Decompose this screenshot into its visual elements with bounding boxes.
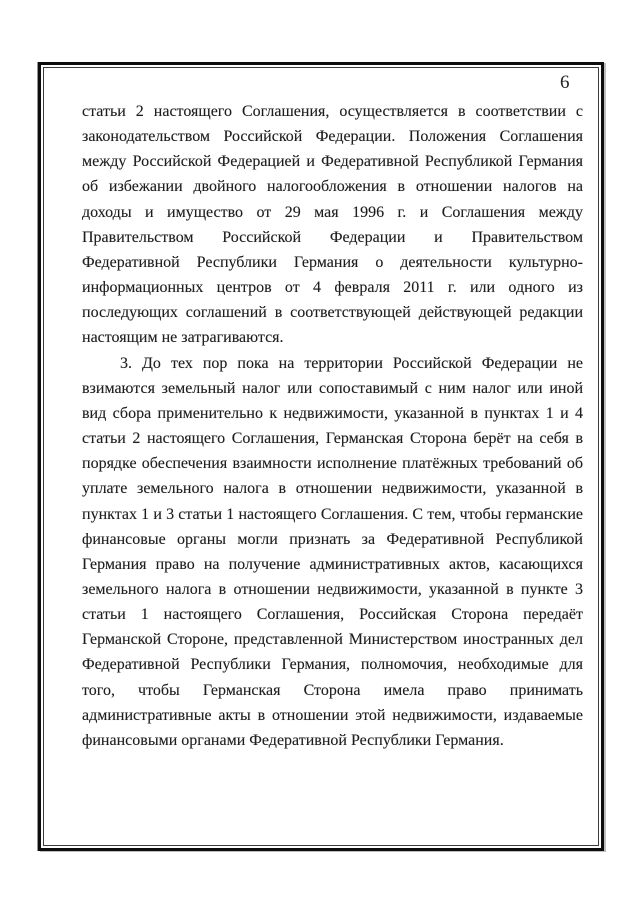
text-line: между Российской Федерацией и Федеративн… bbox=[82, 149, 583, 174]
text-line: настоящим не затрагиваются. bbox=[82, 325, 583, 350]
text-line: вид сбора применительно к недвижимости, … bbox=[82, 401, 583, 426]
page-number: 6 bbox=[560, 72, 590, 94]
text-line: законодательством Российской Федерации. … bbox=[82, 124, 583, 149]
text-line: порядке обеспечения взаимности исполнени… bbox=[82, 451, 583, 476]
text-line: статьи 1 настоящего Соглашения, Российск… bbox=[82, 602, 583, 627]
text-line: финансовыми органами Федеративной Респуб… bbox=[82, 728, 583, 753]
text-line: пунктах 1 и 3 статьи 1 настоящего Соглаш… bbox=[82, 502, 583, 527]
text-line: того, чтобы Германская Сторона имела пра… bbox=[82, 678, 583, 703]
text-line: Федеративной Республики Германия о деяте… bbox=[82, 250, 583, 275]
text-line: статьи 2 настоящего Соглашения, осуществ… bbox=[82, 99, 583, 124]
scanned-document-page: 6 статьи 2 настоящего Соглашения, осущес… bbox=[0, 0, 640, 905]
text-line: финансовые органы могли признать за Феде… bbox=[82, 527, 583, 552]
text-line: взимаются земельный налог или сопоставим… bbox=[82, 376, 583, 401]
text-line: информационных центров от 4 февраля 2011… bbox=[82, 275, 583, 300]
text-line: Федеративной Республики Германия, полном… bbox=[82, 652, 583, 677]
text-line: уплате земельного налога в отношении нед… bbox=[82, 476, 583, 501]
text-line: Правительством Российской Федерации и Пр… bbox=[82, 225, 583, 250]
text-line: Германия право на получение администрати… bbox=[82, 552, 583, 577]
text-line: административные акты в отношении этой н… bbox=[82, 703, 583, 728]
text-line: доходы и имущество от 29 мая 1996 г. и С… bbox=[82, 200, 583, 225]
text-line: Германской Стороне, представленной Минис… bbox=[82, 627, 583, 652]
text-line: земельного налога в отношении недвижимос… bbox=[82, 577, 583, 602]
text-line: статьи 2 настоящего Соглашения, Германск… bbox=[82, 426, 583, 451]
text-line: последующих соглашений в соответствующей… bbox=[82, 300, 583, 325]
document-body-text: статьи 2 настоящего Соглашения, осуществ… bbox=[82, 99, 583, 753]
text-line: об избежании двойного налогообложения в … bbox=[82, 174, 583, 199]
text-line: 3. До тех пор пока на территории Российс… bbox=[82, 351, 583, 376]
